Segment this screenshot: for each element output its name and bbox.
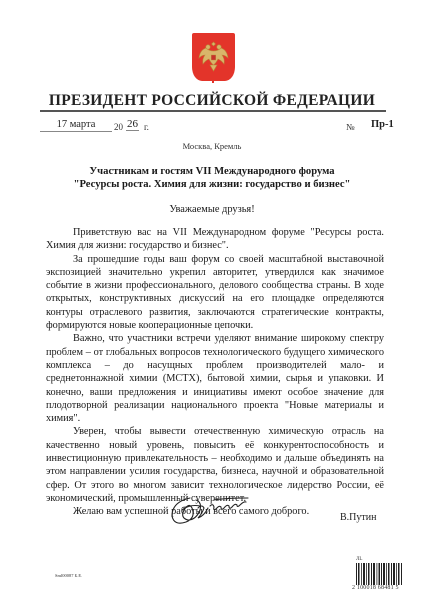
date-year-suffix: г. xyxy=(144,122,149,132)
date-year-prefix: 20 xyxy=(114,122,123,132)
paragraph: Приветствую вас на VII Международном фор… xyxy=(46,226,384,253)
header-divider xyxy=(40,110,386,112)
document-number: Пр-1 xyxy=(371,119,394,130)
barcode-icon xyxy=(356,563,403,585)
date-day: 17 марта xyxy=(40,119,112,132)
date-year: 26 xyxy=(126,118,139,131)
paragraph: Важно, что участники встречи уделяют вни… xyxy=(46,332,384,425)
place: Москва, Кремль xyxy=(0,141,424,151)
address-line-1: Участникам и гостям VII Международного ф… xyxy=(0,165,424,178)
letter-address: Участникам и гостям VII Международного ф… xyxy=(0,165,424,191)
barcode-mark: ЛL xyxy=(356,557,362,562)
number-sign: № xyxy=(346,122,355,132)
barcode-digits: 2 100018 68481 5 xyxy=(352,585,399,591)
signer-name: В.Путин xyxy=(340,512,376,523)
handwritten-signature-icon xyxy=(168,492,258,530)
footer-code: Sml00087 Б.Е. xyxy=(55,573,82,578)
date-number-row: 17 марта 20 26 г. № Пр-1 xyxy=(40,118,390,134)
coat-of-arms-icon xyxy=(192,33,235,81)
greeting: Уважаемые друзья! xyxy=(0,204,424,215)
paragraph: За прошедшие годы ваш форум со своей мас… xyxy=(46,253,384,333)
address-line-2: "Ресурсы роста. Химия для жизни: государ… xyxy=(0,178,424,191)
org-title: ПРЕЗИДЕНТ РОССИЙСКОЙ ФЕДЕРАЦИИ xyxy=(0,92,424,110)
emblem-tip xyxy=(212,80,214,83)
letter-body: Приветствую вас на VII Международном фор… xyxy=(46,226,384,519)
double-headed-eagle-icon xyxy=(196,38,231,76)
